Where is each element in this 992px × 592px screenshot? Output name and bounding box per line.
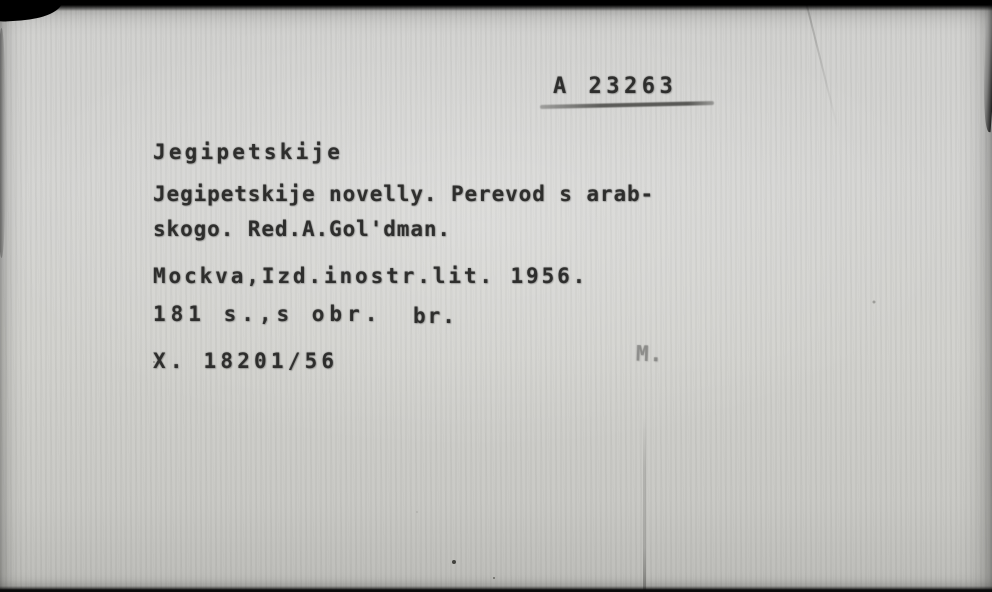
diagonal-crease: [803, 0, 839, 130]
title-line-1: Jegipetskije novelly. Perevod s arab-: [153, 182, 654, 206]
binding-note: br.: [413, 304, 457, 328]
collation-line: 181 s.,s obr.: [153, 302, 382, 326]
scan-edge-top: [0, 0, 992, 11]
paper-specks: [452, 560, 456, 564]
title-line-2: skogo. Red.A.Gol'dman.: [153, 217, 451, 241]
imprint-line: Mockva,Izd.inostr.lit. 1956.: [153, 264, 588, 288]
record-number: X. 18201/56: [153, 349, 338, 373]
stamp-mark: M.: [636, 342, 664, 367]
scanned-catalog-card: A 23263 Jegipetskije Jegipetskije novell…: [0, 0, 992, 592]
catalog-card-paper: A 23263 Jegipetskije Jegipetskije novell…: [0, 0, 992, 592]
call-number-underline: [540, 101, 714, 109]
scan-edge-bottom: [0, 586, 992, 592]
call-number: A 23263: [553, 74, 677, 99]
vertical-crease: [643, 415, 646, 592]
heading-entry: Jegipetskije: [153, 140, 343, 164]
